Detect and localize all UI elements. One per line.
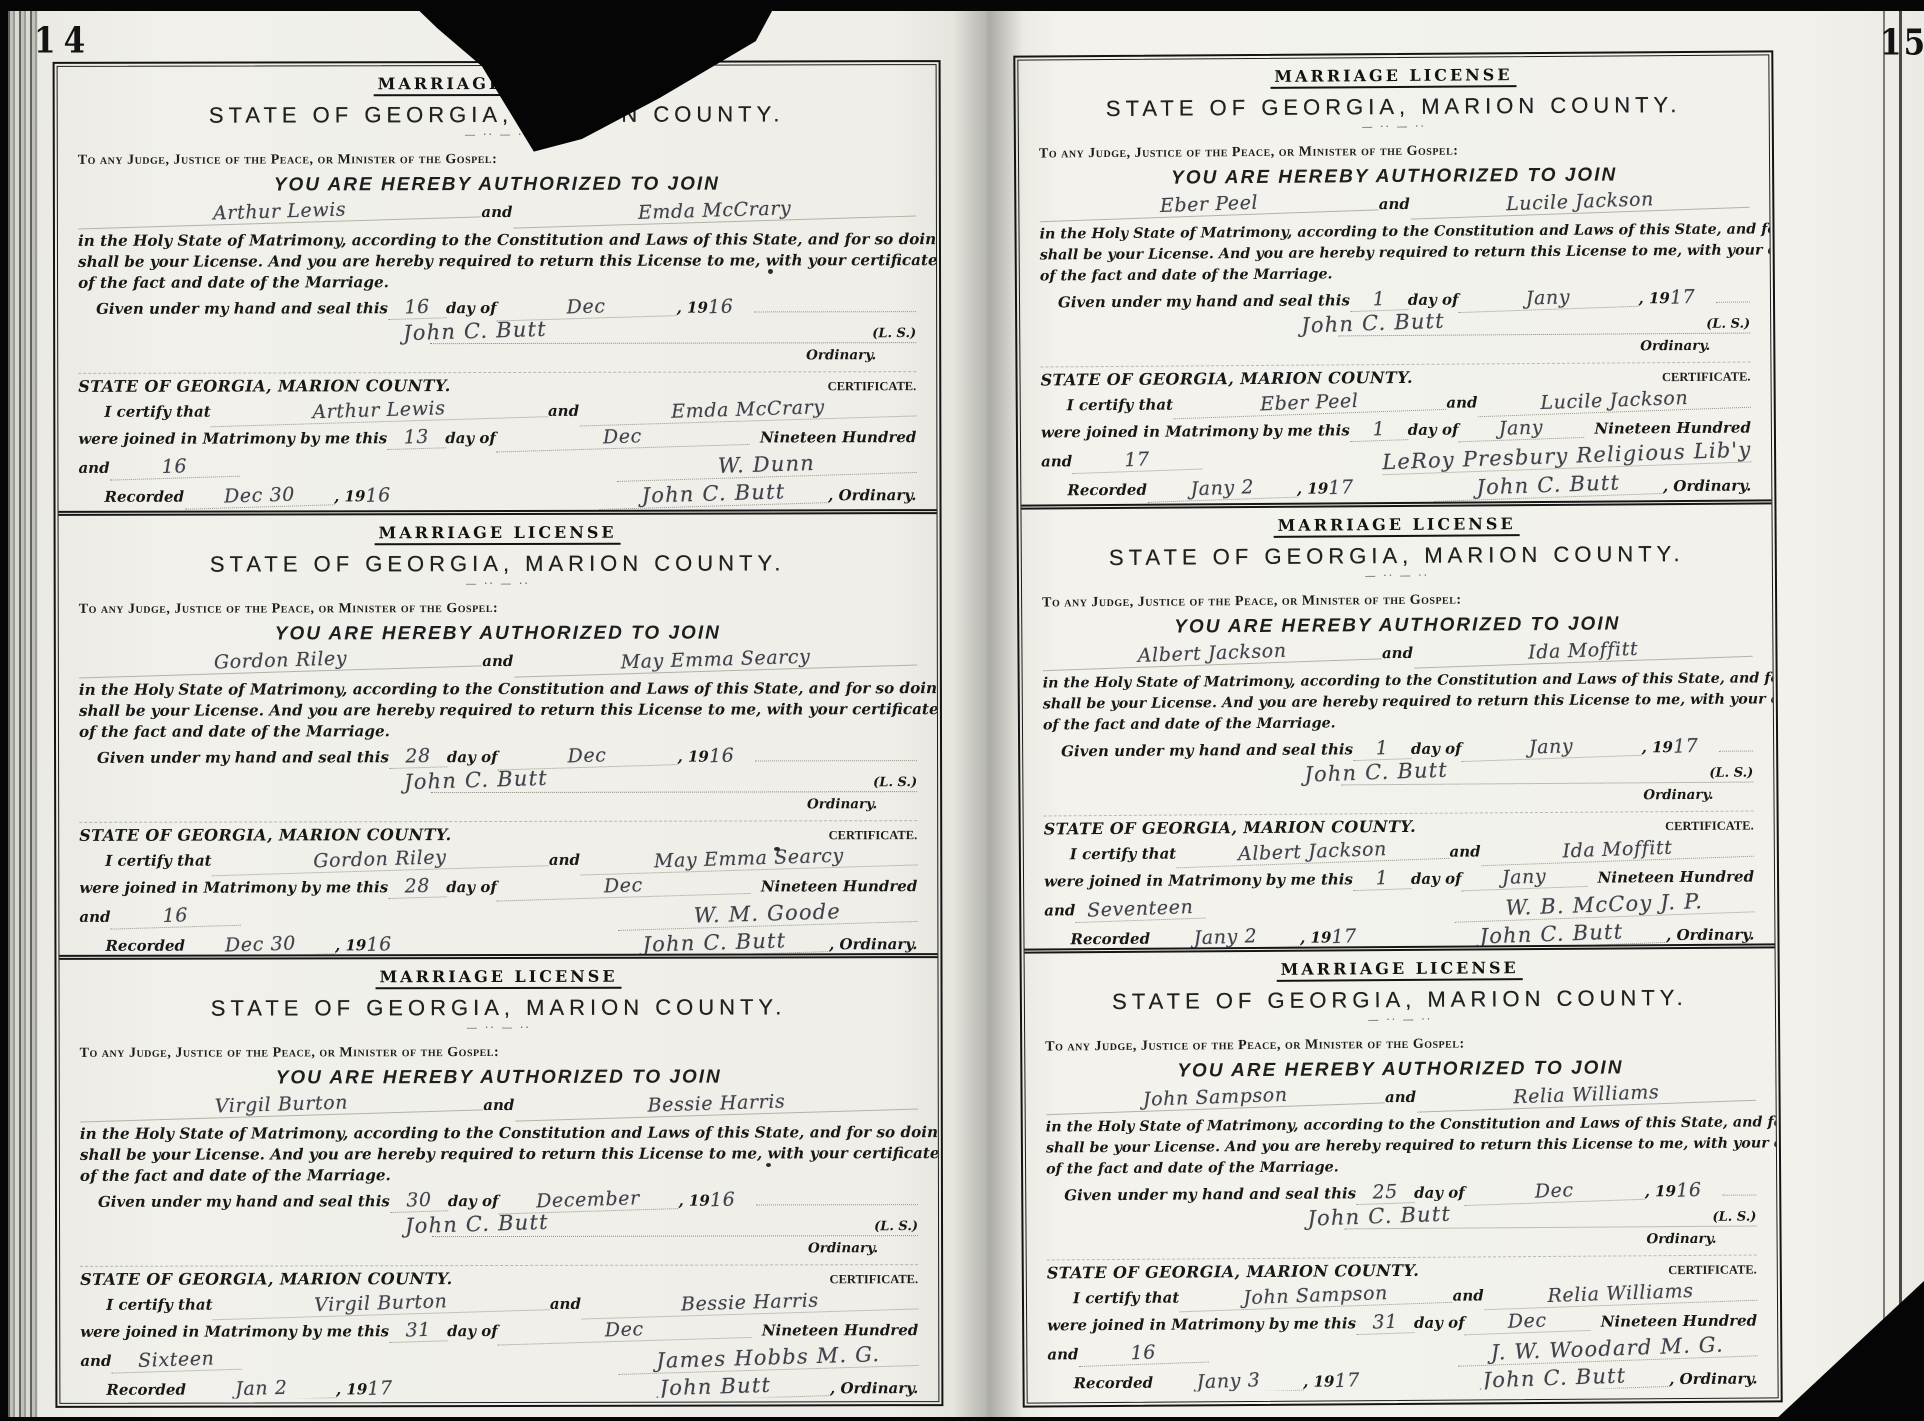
recorded-line: Recorded Jany 3 , 19 17 John C. Butt , O… <box>1047 1365 1757 1393</box>
and-year-line: and Seventeen W. B. McCoy J. P. <box>1044 892 1754 922</box>
year-words: 16 <box>1078 1340 1209 1368</box>
right-page-form-frame: MARRIAGE LICENSE STATE OF GEORGIA, MARIO… <box>1013 50 1782 1407</box>
recorded-date: Jan 2 <box>186 1375 337 1399</box>
spacer <box>1445 328 1706 330</box>
and-label: and <box>1453 1286 1484 1304</box>
spacer <box>78 338 403 339</box>
ordinary-rule: Ordinary. <box>432 1235 918 1257</box>
state-county-title: STATE OF GEORGIA, MARION COUNTY. <box>1042 541 1752 572</box>
joined-line: were joined in Matrimony by me this 1 da… <box>1041 416 1751 444</box>
cert-bride-name: Lucile Jackson <box>1477 385 1751 418</box>
ordinary-signature: John C. Butt <box>403 317 547 345</box>
given-prefix: Given under my hand and seal this <box>1064 1184 1356 1204</box>
blank-rule <box>756 1204 918 1205</box>
spacer <box>1043 780 1304 782</box>
ordinary-label: Ordinary. <box>807 796 877 812</box>
spacer <box>80 1231 405 1232</box>
license-body-line-1: in the Holy State of Matrimony, accordin… <box>79 678 917 701</box>
day-of-label: day of <box>1408 291 1459 309</box>
joined-line: were joined in Matrimony by me this 28 d… <box>79 874 917 899</box>
nineteen-hundred-label: Nineteen Hundred <box>760 428 916 446</box>
recorded-signature: John C. Butt <box>598 478 829 510</box>
certify-line: I certify that Eber Peel and Lucile Jack… <box>1041 389 1751 417</box>
recorded-year: 17 <box>1334 1369 1381 1393</box>
ornament: — ·· — ·· <box>78 129 916 141</box>
day-of-label: day of <box>448 1192 499 1210</box>
year-words: Seventeen <box>1075 896 1206 924</box>
names-row: Arthur Lewis and Emda McCrary <box>78 199 916 231</box>
officiant-signature: W. Dunn <box>616 448 917 482</box>
ordinary-rule: Ordinary. <box>1345 1226 1757 1250</box>
certificate-header-row: STATE OF GEORGIA, MARION COUNTY. CERTIFI… <box>1044 811 1754 839</box>
certify-prefix: I certify that <box>1073 1289 1179 1308</box>
spacer <box>1413 381 1662 383</box>
joined-month: Dec <box>497 1315 752 1346</box>
given-prefix: Given under my hand and seal this <box>1061 740 1353 760</box>
certificate-label: CERTIFICATE. <box>830 1272 919 1287</box>
joined-day: 1 <box>1353 866 1412 891</box>
groom-name: Virgil Burton <box>80 1087 484 1122</box>
certificate-header-row: STATE OF GEORGIA, MARION COUNTY. CERTIFI… <box>78 371 916 396</box>
certificate-header-row: STATE OF GEORGIA, MARION COUNTY. CERTIFI… <box>80 1264 918 1289</box>
given-prefix: Given under my hand and seal this <box>97 748 389 767</box>
bride-name: Lucile Jackson <box>1410 185 1750 220</box>
recorded-label: Recorded <box>1067 481 1147 500</box>
certify-line: I certify that Arthur Lewis and Emda McC… <box>78 398 916 423</box>
license-body-line-1: in the Holy State of Matrimony, accordin… <box>78 229 916 252</box>
recorded-label: Recorded <box>104 488 184 506</box>
officiant-signature: W. B. McCoy J. P. <box>1454 887 1755 922</box>
given-day: 1 <box>1353 736 1412 761</box>
and-year-line: and 17 LeRoy Presbury Religious Lib'y <box>1041 443 1751 473</box>
scan-speck <box>766 1163 771 1167</box>
authorize-line: YOU ARE HEREBY AUTHORIZED TO JOIN <box>1045 1057 1755 1084</box>
spacer <box>547 337 872 338</box>
groom-name: Gordon Riley <box>79 643 483 678</box>
spacer <box>1202 464 1381 465</box>
license-body-line-3: of the fact and date of the Marriage. <box>1040 262 1750 288</box>
license-body-line-3: of the fact and date of the Marriage. <box>78 271 916 294</box>
recorded-year: 16 <box>365 484 412 507</box>
joined-line: were joined in Matrimony by me this 13 d… <box>78 425 916 450</box>
certificate-label: CERTIFICATE. <box>829 828 918 843</box>
day-of-label: day of <box>447 1322 498 1340</box>
and-label: and <box>481 203 512 221</box>
joined-prefix: were joined in Matrimony by me this <box>1047 1314 1356 1334</box>
state-county-title: STATE OF GEORGIA, MARION COUNTY. <box>1045 985 1755 1016</box>
spacer <box>79 787 404 788</box>
license-form: MARRIAGE LICENSE STATE OF GEORGIA, MARIO… <box>1025 943 1778 1392</box>
blank-rule <box>754 311 916 312</box>
recorded-year: 17 <box>367 1377 414 1399</box>
recorded-label: Recorded <box>1073 1374 1153 1393</box>
spacer <box>1448 777 1709 779</box>
ordinary-label: Ordinary. <box>1640 338 1710 354</box>
officiant-signature: J. W. Woodard M. G. <box>1457 1331 1758 1366</box>
and-label: and <box>1446 393 1477 411</box>
right-page-licenses: MARRIAGE LICENSE STATE OF GEORGIA, MARIO… <box>1017 54 1778 1403</box>
certify-prefix: I certify that <box>1070 845 1176 864</box>
book-stack-edge <box>8 11 38 1417</box>
year-words: 16 <box>110 903 241 930</box>
cert-state-title: STATE OF GEORGIA, MARION COUNTY. <box>1040 368 1413 390</box>
authorize-line: YOU ARE HEREBY AUTHORIZED TO JOIN <box>79 622 917 646</box>
joined-line: were joined in Matrimony by me this 31 d… <box>80 1318 918 1343</box>
state-county-title: STATE OF GEORGIA, MARION COUNTY. <box>78 101 916 129</box>
joined-month: Dec <box>496 871 751 902</box>
nineteen-hundred-label: Nineteen Hundred <box>1594 419 1751 438</box>
year-19-label: , 19 <box>677 748 708 766</box>
day-of-label: day of <box>446 878 497 896</box>
authorize-line: YOU ARE HEREBY AUTHORIZED TO JOIN <box>1042 613 1752 640</box>
ls-seal-label: (L. S.) <box>872 326 916 341</box>
given-day: 30 <box>390 1188 449 1213</box>
year-words: 17 <box>1072 447 1203 475</box>
and-label: and <box>78 459 109 477</box>
cert-groom-name: Eber Peel <box>1173 387 1447 420</box>
recorded-signature: John Butt <box>600 1371 831 1399</box>
and-year-line: and 16 J. W. Woodard M. G. <box>1047 1336 1757 1366</box>
recorded-label: Recorded <box>105 937 185 955</box>
ordinary-suffix: , Ordinary. <box>1666 926 1754 945</box>
marriage-record-book-scan: { "form": { "header": "MARRIAGE LICENSE"… <box>0 0 1924 1421</box>
authorize-line: YOU ARE HEREBY AUTHORIZED TO JOIN <box>78 173 916 197</box>
recorded-label: Recorded <box>106 1381 186 1399</box>
marriage-license-header: MARRIAGE LICENSE <box>1277 958 1523 982</box>
given-day: 16 <box>388 295 447 320</box>
ordinary-signature: John C. Butt <box>405 1210 549 1238</box>
joined-line: were joined in Matrimony by me this 31 d… <box>1047 1309 1757 1337</box>
year-19-label: , 19 <box>1645 1182 1676 1200</box>
ls-seal-label: (L. S.) <box>873 775 917 790</box>
license-body-line-2: shall be your License. And you are hereb… <box>78 250 916 273</box>
recorded-signature: John C. Butt <box>1436 918 1667 949</box>
page-gutter <box>953 11 1023 1417</box>
given-day: 25 <box>1356 1180 1415 1205</box>
ordinary-suffix: , Ordinary. <box>830 1379 918 1397</box>
ordinary-label: Ordinary. <box>1643 787 1713 803</box>
day-of-label: day of <box>1414 1184 1465 1202</box>
given-year: 16 <box>709 1188 756 1211</box>
ordinary-rule: Ordinary. <box>431 791 917 813</box>
and-label: and <box>1041 452 1072 470</box>
year-19-label: , 19 <box>678 1192 709 1210</box>
certify-prefix: I certify that <box>104 403 210 421</box>
certificate-label: CERTIFICATE. <box>1665 819 1754 835</box>
joined-month: Jany <box>1458 415 1585 442</box>
officiant-signature: LeRoy Presbury Religious Lib'y <box>1381 437 1751 475</box>
given-day: 1 <box>1349 287 1408 312</box>
given-line: Given under my hand and seal this 30 day… <box>80 1188 918 1213</box>
recorded-date: Dec 30 <box>184 482 335 509</box>
certificate-label: CERTIFICATE. <box>1662 370 1751 386</box>
spacer <box>1451 1221 1712 1223</box>
ls-seal-label: (L. S.) <box>874 1219 918 1234</box>
given-year: 16 <box>1676 1178 1723 1202</box>
cert-groom-name: Gordon Riley <box>211 843 549 876</box>
recorded-year: 16 <box>366 933 413 955</box>
and-year-line: and 16 W. M. Goode <box>79 901 917 928</box>
names-row: John Sampson and Relia Williams <box>1045 1083 1755 1118</box>
book-spread-paper: 14 15 MARRIAGE LICENSE STATE OF GEORGIA,… <box>8 11 1924 1417</box>
certificate-label: CERTIFICATE. <box>828 379 917 394</box>
ordinary-signature: John C. Butt <box>1304 758 1448 787</box>
joined-day: 1 <box>1349 417 1408 442</box>
year-19-label: , 19 <box>1297 479 1328 497</box>
marriage-license-header: MARRIAGE LICENSE <box>375 523 621 546</box>
ls-seal-label: (L. S.) <box>1706 317 1750 332</box>
nineteen-hundred-label: Nineteen Hundred <box>1598 868 1755 887</box>
license-form: MARRIAGE LICENSE STATE OF GEORGIA, MARIO… <box>58 65 937 511</box>
and-label: and <box>549 851 580 869</box>
and-label: and <box>1385 1088 1416 1106</box>
and-label: and <box>482 652 513 670</box>
recorded-year: 17 <box>1328 476 1375 500</box>
state-county-title: STATE OF GEORGIA, MARION COUNTY. <box>79 550 917 578</box>
scan-speck <box>774 847 780 851</box>
spacer <box>1205 913 1454 915</box>
day-of-label: day of <box>1411 870 1462 888</box>
spacer <box>1419 1274 1668 1276</box>
ordinary-rule: Ordinary. <box>430 342 916 364</box>
license-body-line-2: shall be your License. And you are hereb… <box>79 699 917 722</box>
recorded-label: Recorded <box>1070 930 1150 949</box>
spacer <box>451 390 828 391</box>
bride-name: Relia Williams <box>1416 1078 1756 1113</box>
marriage-license-header: MARRIAGE LICENSE <box>1270 65 1516 89</box>
joined-day: 28 <box>388 874 447 899</box>
bride-name: Bessie Harris <box>514 1086 918 1121</box>
left-page-licenses: MARRIAGE LICENSE STATE OF GEORGIA, MARIO… <box>57 64 940 1404</box>
cert-groom-name: Albert Jackson <box>1176 836 1450 869</box>
ornament: — ·· — ·· <box>79 578 917 590</box>
ordinary-signature-row: John C. Butt (L. S.) <box>79 767 917 793</box>
bride-name: Ida Moffitt <box>1413 634 1753 669</box>
license-body-line-1: in the Holy State of Matrimony, accordin… <box>80 1122 918 1145</box>
names-row: Albert Jackson and Ida Moffitt <box>1042 639 1752 674</box>
joined-prefix: were joined in Matrimony by me this <box>78 429 387 448</box>
blank-rule <box>1722 1195 1756 1196</box>
certificate-label: CERTIFICATE. <box>1668 1263 1757 1279</box>
recorded-signature: John C. Butt <box>599 927 830 955</box>
cert-state-title: STATE OF GEORGIA, MARION COUNTY. <box>79 825 451 845</box>
nineteen-hundred-label: Nineteen Hundred <box>762 1321 918 1339</box>
ordinary-label: Ordinary. <box>808 1240 878 1256</box>
and-year-line: and Sixteen James Hobbs M. G. <box>80 1345 918 1372</box>
license-body-line-3: of the fact and date of the Marriage. <box>1043 711 1753 737</box>
spacer <box>240 472 617 473</box>
groom-name: Albert Jackson <box>1042 636 1382 671</box>
license-header-row: MARRIAGE LICENSE <box>79 966 917 990</box>
ordinary-label: Ordinary. <box>1646 1231 1716 1247</box>
and-label: and <box>548 402 579 420</box>
blank-rule <box>1716 302 1750 303</box>
given-line: Given under my hand and seal this 16 day… <box>78 295 916 320</box>
recorded-line: Recorded Dec 30 , 19 16 John C. Butt , O… <box>78 481 916 508</box>
recorded-line: Recorded Jan 2 , 19 17 John Butt , Ordin… <box>80 1374 918 1399</box>
certificate-header-row: STATE OF GEORGIA, MARION COUNTY. CERTIFI… <box>79 820 917 845</box>
year-19-label: , 19 <box>1300 928 1331 946</box>
and-label: and <box>1047 1345 1078 1363</box>
and-label: and <box>1382 644 1413 662</box>
marriage-license-header: MARRIAGE LICENSE <box>375 967 621 990</box>
recorded-signature: John C. Butt <box>1439 1362 1670 1393</box>
joined-month: Dec <box>1464 1308 1591 1335</box>
cert-groom-name: Virgil Burton <box>212 1287 550 1320</box>
cert-state-title: STATE OF GEORGIA, MARION COUNTY. <box>1047 1261 1420 1283</box>
salutation: To any Judge, Justice of the Peace, or M… <box>1039 142 1749 163</box>
year-19-label: , 19 <box>1638 289 1669 307</box>
left-page-form-frame: MARRIAGE LICENSE STATE OF GEORGIA, MARIO… <box>53 60 944 1408</box>
groom-name: Eber Peel <box>1039 187 1379 222</box>
nineteen-hundred-label: Nineteen Hundred <box>1601 1312 1758 1331</box>
ordinary-signature-row: John C. Butt (L. S.) <box>80 1211 918 1237</box>
ordinary-suffix: , Ordinary. <box>1669 1370 1757 1389</box>
certificate-header-row: STATE OF GEORGIA, MARION COUNTY. CERTIFI… <box>1047 1255 1757 1283</box>
ordinary-rule: Ordinary. <box>1338 333 1750 357</box>
spacer <box>1416 830 1665 832</box>
state-county-title: STATE OF GEORGIA, MARION COUNTY. <box>80 994 918 1022</box>
joined-prefix: were joined in Matrimony by me this <box>1041 421 1350 441</box>
officiant-signature: James Hobbs M. G. <box>618 1341 919 1375</box>
salutation: To any Judge, Justice of the Peace, or M… <box>79 600 917 618</box>
spacer <box>241 1365 618 1366</box>
joined-prefix: were joined in Matrimony by me this <box>80 1322 389 1341</box>
recorded-date: Dec 30 <box>185 931 336 955</box>
groom-name: John Sampson <box>1045 1080 1385 1115</box>
joined-day: 31 <box>389 1318 448 1343</box>
names-row: Gordon Riley and May Emma Searcy <box>79 648 917 680</box>
spacer <box>241 921 618 922</box>
nineteen-hundred-label: Nineteen Hundred <box>761 877 917 895</box>
cert-state-title: STATE OF GEORGIA, MARION COUNTY. <box>1044 817 1417 839</box>
certify-line: I certify that Gordon Riley and May Emma… <box>79 847 917 872</box>
names-row: Eber Peel and Lucile Jackson <box>1039 190 1749 225</box>
ornament: — ·· — ·· <box>1042 569 1752 584</box>
and-label: and <box>1379 195 1410 213</box>
day-of-label: day of <box>447 748 498 766</box>
state-county-title: STATE OF GEORGIA, MARION COUNTY. <box>1039 92 1749 123</box>
joined-prefix: were joined in Matrimony by me this <box>79 878 388 897</box>
salutation: To any Judge, Justice of the Peace, or M… <box>78 151 916 169</box>
license-body-line-3: of the fact and date of the Marriage. <box>1046 1155 1756 1181</box>
given-year: 16 <box>708 295 755 318</box>
year-words: Sixteen <box>111 1347 242 1374</box>
license-form: MARRIAGE LICENSE STATE OF GEORGIA, MARIO… <box>1018 55 1771 504</box>
authorize-line: YOU ARE HEREBY AUTHORIZED TO JOIN <box>1039 164 1749 191</box>
given-prefix: Given under my hand and seal this <box>98 1192 390 1211</box>
scan-speck <box>768 269 773 274</box>
spacer <box>1040 331 1301 333</box>
day-of-label: day of <box>445 429 496 447</box>
recorded-date: Jany 2 <box>1150 924 1301 949</box>
certify-line: I certify that Albert Jackson and Ida Mo… <box>1044 838 1754 866</box>
and-label: and <box>483 1096 514 1114</box>
given-day: 28 <box>389 744 448 769</box>
joined-line: were joined in Matrimony by me this 1 da… <box>1044 865 1754 893</box>
and-label: and <box>1044 901 1075 919</box>
license-body-line-2: shall be your License. And you are hereb… <box>80 1143 918 1166</box>
day-of-label: day of <box>1411 740 1462 758</box>
given-line: Given under my hand and seal this 28 day… <box>79 744 917 769</box>
cert-groom-name: Arthur Lewis <box>210 394 548 427</box>
ordinary-signature: John C. Butt <box>404 766 548 794</box>
joined-month: Dec <box>496 422 751 453</box>
recorded-signature: John C. Butt <box>1433 469 1664 502</box>
page-number-left: 14 <box>34 20 93 61</box>
license-form: MARRIAGE LICENSE STATE OF GEORGIA, MARIO… <box>1021 499 1774 948</box>
certificate-header-row: STATE OF GEORGIA, MARION COUNTY. CERTIFI… <box>1040 362 1750 390</box>
license-header-row: MARRIAGE LICENSE <box>79 522 917 546</box>
recorded-date: Jany 3 <box>1153 1368 1304 1393</box>
and-label: and <box>550 1295 581 1313</box>
authorize-line: YOU ARE HEREBY AUTHORIZED TO JOIN <box>80 1066 918 1090</box>
and-label: and <box>1449 842 1480 860</box>
license-header-row: MARRIAGE LICENSE <box>1042 513 1752 540</box>
certify-line: I certify that John Sampson and Relia Wi… <box>1047 1282 1757 1310</box>
day-of-label: day of <box>446 299 497 317</box>
joined-month: Jany <box>1461 864 1588 891</box>
recorded-date: Jany 2 <box>1147 475 1298 503</box>
spacer <box>1046 1224 1307 1226</box>
ordinary-signature: John C. Butt <box>1301 309 1445 338</box>
page-number-right: 15 <box>1880 22 1924 63</box>
year-19-label: , 19 <box>334 487 365 505</box>
certify-prefix: I certify that <box>105 852 211 870</box>
license-header-row: MARRIAGE LICENSE <box>1038 64 1748 91</box>
license-header-row: MARRIAGE LICENSE <box>1045 957 1755 984</box>
given-year: 17 <box>1669 285 1716 309</box>
spacer <box>1209 1357 1458 1359</box>
given-year: 16 <box>709 744 756 767</box>
day-of-label: day of <box>1408 421 1459 439</box>
blank-rule <box>1719 751 1753 752</box>
blank-rule <box>755 760 917 761</box>
groom-name: Arthur Lewis <box>78 194 482 229</box>
cert-state-title: STATE OF GEORGIA, MARION COUNTY. <box>80 1269 452 1289</box>
spacer <box>453 1283 830 1284</box>
given-year: 17 <box>1673 734 1720 758</box>
year-words: 16 <box>109 454 240 481</box>
ornament: — ·· — ·· <box>80 1022 918 1034</box>
salutation: To any Judge, Justice of the Peace, or M… <box>1045 1035 1755 1056</box>
year-19-label: , 19 <box>1642 738 1673 756</box>
year-19-label: , 19 <box>677 299 708 317</box>
year-19-label: , 19 <box>336 1380 367 1398</box>
cert-groom-name: John Sampson <box>1179 1280 1453 1313</box>
right-page-edge <box>1883 11 1902 1417</box>
day-of-label: day of <box>1414 1314 1465 1332</box>
ls-seal-label: (L. S.) <box>1712 1210 1756 1225</box>
ornament: — ·· — ·· <box>1045 1013 1755 1028</box>
ordinary-suffix: , Ordinary. <box>828 486 916 504</box>
joined-day: 31 <box>1356 1310 1415 1335</box>
spacer <box>452 839 829 840</box>
year-19-label: , 19 <box>1303 1372 1334 1390</box>
officiant-signature: W. M. Goode <box>617 897 918 931</box>
names-row: Virgil Burton and Bessie Harris <box>80 1092 918 1124</box>
ordinary-suffix: , Ordinary. <box>829 935 917 953</box>
bride-name: Emda McCrary <box>512 193 916 228</box>
certify-line: I certify that Virgil Burton and Bessie … <box>80 1291 918 1316</box>
ornament: — ·· — ·· <box>1039 120 1749 135</box>
spacer <box>548 786 873 787</box>
recorded-year: 17 <box>1331 925 1378 949</box>
joined-day: 13 <box>387 425 446 450</box>
ordinary-suffix: , Ordinary. <box>1663 477 1751 496</box>
license-form: MARRIAGE LICENSE STATE OF GEORGIA, MARIO… <box>59 509 938 955</box>
license-form: MARRIAGE LICENSE STATE OF GEORGIA, MARIO… <box>59 953 938 1399</box>
